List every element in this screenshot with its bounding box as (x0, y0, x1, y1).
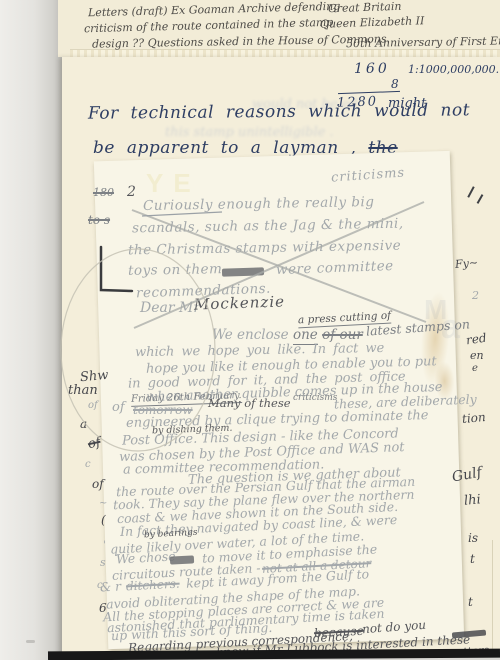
edge-fragment: of (92, 478, 104, 490)
edge-fragment: e (472, 364, 478, 374)
page-number: 2 (127, 185, 136, 199)
draft-paragraph-line: toys on them (128, 263, 223, 278)
struck-margin-note: to s (88, 214, 110, 226)
edge-fragment: lhi (463, 493, 481, 507)
edge-fragment: a (80, 418, 87, 430)
struck-word: ditchers. (126, 578, 180, 593)
scribbled-out-word (222, 267, 264, 276)
scanner-bed-strip (0, 0, 62, 660)
edge-fragment: en (470, 350, 484, 361)
edge-fragment: of (88, 401, 98, 411)
edge-fragment: Shw (79, 369, 108, 384)
country-note: Great Britain (328, 1, 402, 15)
edge-fragment: ~ (99, 499, 107, 509)
edge-fragment: 2 (472, 290, 479, 301)
of-word: of (112, 401, 125, 414)
enclose-line: We enclose one of our (212, 329, 363, 343)
scale-ratio: 1:1000,000,000. (408, 64, 499, 75)
struck-number: 180 (93, 187, 114, 198)
many-insert: Many of these (208, 398, 291, 410)
scanner-smudge (26, 640, 35, 643)
scanned-document: Letters (draft) Ex Goaman Archive defend… (0, 0, 500, 660)
scan-black-strip (48, 649, 500, 660)
edge-fragment: red (465, 332, 487, 347)
calc-eight: 8 (391, 78, 399, 90)
edge-fragment: tion (462, 411, 487, 425)
calc-numerator: 160 (354, 62, 390, 76)
edge-fragment: Fy~ (455, 257, 479, 270)
closing-struck: because (314, 625, 364, 640)
anniversary-note: 50th Anniversary of First England - Aust… (346, 34, 500, 49)
showthrough-letters: YE (146, 168, 201, 199)
edge-fragment: than (68, 384, 98, 397)
monarch-note: Queen Elizabeth II (320, 15, 425, 30)
edge-fragment: t (470, 553, 475, 565)
edge-fragment: 6 (99, 602, 107, 614)
edge-fragment: is (468, 532, 478, 544)
edge-fragment: t (468, 596, 473, 608)
edge-fragment: s (100, 557, 106, 568)
salutation-name: Mockenzie (194, 294, 285, 312)
we-chose: We chose (116, 550, 176, 566)
edge-fragment: ( (101, 514, 106, 526)
edge-fragment: ' (103, 541, 106, 551)
criticisms-small-note: criticisms (293, 394, 337, 403)
blue-letter-line: For technical reasons which would not (88, 102, 470, 122)
edge-fragment-struck: of (87, 436, 102, 451)
salutation: Dear Mr (140, 301, 200, 315)
enclose-pre: We enclose (212, 327, 289, 343)
edge-fragment: c (85, 460, 91, 470)
edge-fragment: c (97, 581, 103, 591)
paper-fold-line (492, 540, 493, 652)
